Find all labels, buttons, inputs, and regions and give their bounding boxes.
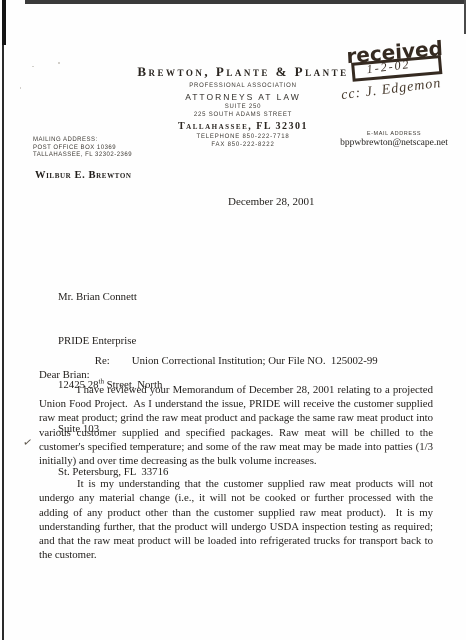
re-subject: Union Correctional Institution; Our File…: [132, 355, 378, 367]
letter-body: I have reviewed your Memorandum of Decem…: [39, 383, 433, 571]
re-line: Re:Union Correctional Institution; Our F…: [84, 343, 378, 379]
email-address-label: E-MAIL ADDRESS: [328, 131, 460, 137]
paragraph-1: I have reviewed your Memorandum of Decem…: [39, 383, 433, 468]
attorneys-at-law: ATTORNEYS AT LAW: [30, 92, 456, 102]
letterhead-suite: SUITE 250: [30, 104, 456, 110]
scan-edge-left-line: [2, 45, 4, 640]
handwritten-margin-checkmark: ✓: [22, 435, 33, 449]
mailing-address-label: MAILING ADDRESS:: [33, 137, 132, 145]
attorney-name: Wilbur E. Brewton: [35, 170, 132, 181]
salutation: Dear Brian:: [39, 369, 90, 381]
scan-noise: [20, 87, 21, 89]
mailing-address-block: MAILING ADDRESS: POST OFFICE BOX 10369 T…: [33, 137, 132, 160]
letter-date: December 28, 2001: [228, 196, 314, 208]
scanned-letter-page: received 1-2-02 cc: J. Edgemon Brewton, …: [0, 0, 466, 640]
email-address-block: E-MAIL ADDRESS bppwbrewton@netscape.net: [328, 131, 460, 148]
paragraph-2: It is my understanding that the customer…: [39, 477, 433, 562]
professional-association: PROFESSIONAL ASSOCIATION: [30, 83, 456, 89]
email-address-value: bppwbrewton@netscape.net: [328, 138, 460, 148]
letterhead-street: 225 SOUTH ADAMS STREET: [30, 112, 456, 118]
mailing-address-line2: TALLAHASSEE, FL 32302-2369: [33, 152, 132, 160]
firm-name: Brewton, Plante & Plante: [30, 64, 456, 80]
mailing-address-line1: POST OFFICE BOX 10369: [33, 145, 132, 153]
scan-edge-left-mark: [2, 0, 6, 45]
scan-edge-top: [25, 0, 466, 4]
recipient-name: Mr. Brian Connett: [58, 290, 168, 305]
re-label: Re:: [95, 355, 110, 367]
